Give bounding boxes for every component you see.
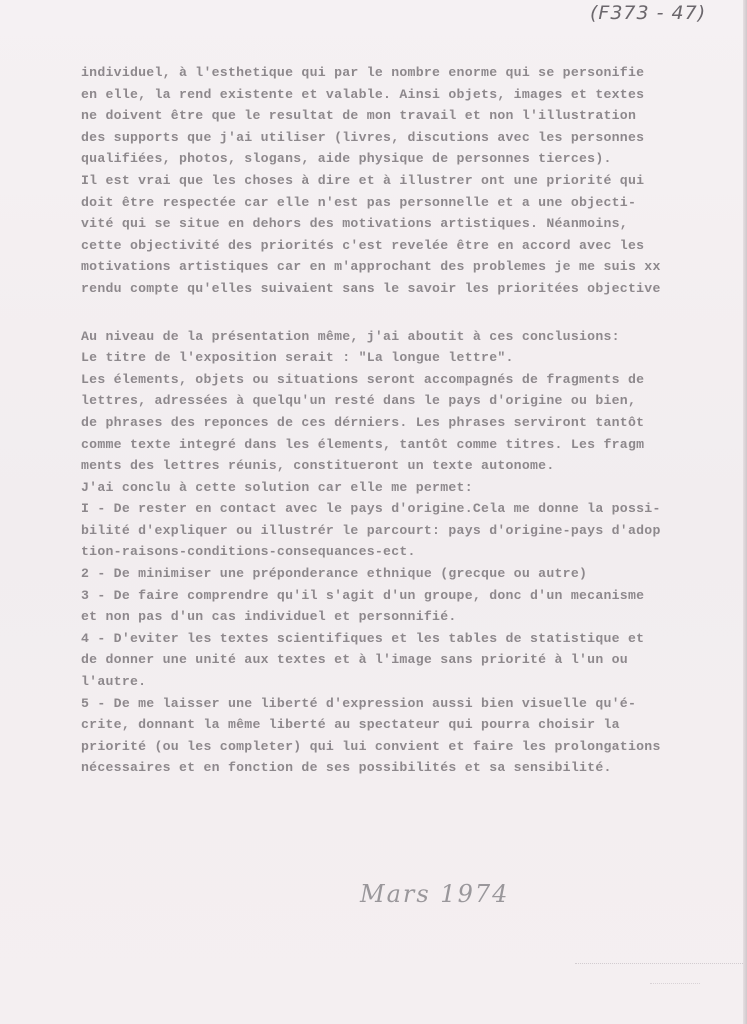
faint-pencil-mark — [575, 963, 747, 967]
list-item-5: 5 - De me laisser une liberté d'expressi… — [81, 693, 747, 715]
text-line: Les élements, objets ou situations seron… — [81, 369, 747, 391]
text-line: comme texte integré dans les élements, t… — [81, 434, 747, 456]
text-line: individuel, à l'esthetique qui par le no… — [81, 62, 747, 84]
text-line: cette objectivité des priorités c'est re… — [81, 235, 747, 257]
text-line: nécessaires et en fonction de ses possib… — [81, 757, 747, 779]
text-line: de phrases des reponces de ces dérniers.… — [81, 412, 747, 434]
text-line: et non pas d'un cas individuel et person… — [81, 606, 747, 628]
text-line: J'ai conclu à cette solution car elle me… — [81, 477, 747, 499]
text-line: Le titre de l'exposition serait : "La lo… — [81, 347, 747, 369]
text-line: des supports que j'ai utiliser (livres, … — [81, 127, 747, 149]
paragraph-1: individuel, à l'esthetique qui par le no… — [81, 62, 747, 300]
faint-pencil-mark — [650, 983, 700, 986]
text-line: crite, donnant la même liberté au specta… — [81, 714, 747, 736]
text-line: tion-raisons-conditions-consequances-ect… — [81, 541, 747, 563]
list-item-2: 2 - De minimiser une préponderance ethni… — [81, 563, 747, 585]
text-line: l'autre. — [81, 671, 747, 693]
text-line: rendu compte qu'elles suivaient sans le … — [81, 278, 747, 300]
text-line: priorité (ou les completer) qui lui conv… — [81, 736, 747, 758]
paragraph-gap — [81, 300, 747, 326]
text-line: en elle, la rend existente et valable. A… — [81, 84, 747, 106]
text-line: lettres, adressées à quelqu'un resté dan… — [81, 390, 747, 412]
text-line: motivations artistiques car en m'approch… — [81, 256, 747, 278]
text-line: ments des lettres réunis, constitueront … — [81, 455, 747, 477]
text-line: Au niveau de la présentation même, j'ai … — [81, 326, 747, 348]
typewritten-body: individuel, à l'esthetique qui par le no… — [81, 62, 747, 779]
list-item-1: I - De rester en contact avec le pays d'… — [81, 498, 747, 520]
text-line: vité qui se situe en dehors des motivati… — [81, 213, 747, 235]
text-line: qualifiées, photos, slogans, aide physiq… — [81, 148, 747, 170]
document-page: (F373 - 47) individuel, à l'esthetique q… — [0, 0, 747, 1024]
paragraph-2: Au niveau de la présentation même, j'ai … — [81, 326, 747, 779]
text-line: Il est vrai que les choses à dire et à i… — [81, 170, 747, 192]
text-line: bilité d'expliquer ou illustrér le parco… — [81, 520, 747, 542]
reference-note: (F373 - 47) — [590, 2, 706, 24]
text-line: doit être respectée car elle n'est pas p… — [81, 192, 747, 214]
list-item-3: 3 - De faire comprendre qu'il s'agit d'u… — [81, 585, 747, 607]
text-line: ne doivent être que le resultat de mon t… — [81, 105, 747, 127]
text-line: de donner une unité aux textes et à l'im… — [81, 649, 747, 671]
list-item-4: 4 - D'eviter les textes scientifiques et… — [81, 628, 747, 650]
handwritten-date: Mars 1974 — [360, 880, 509, 908]
